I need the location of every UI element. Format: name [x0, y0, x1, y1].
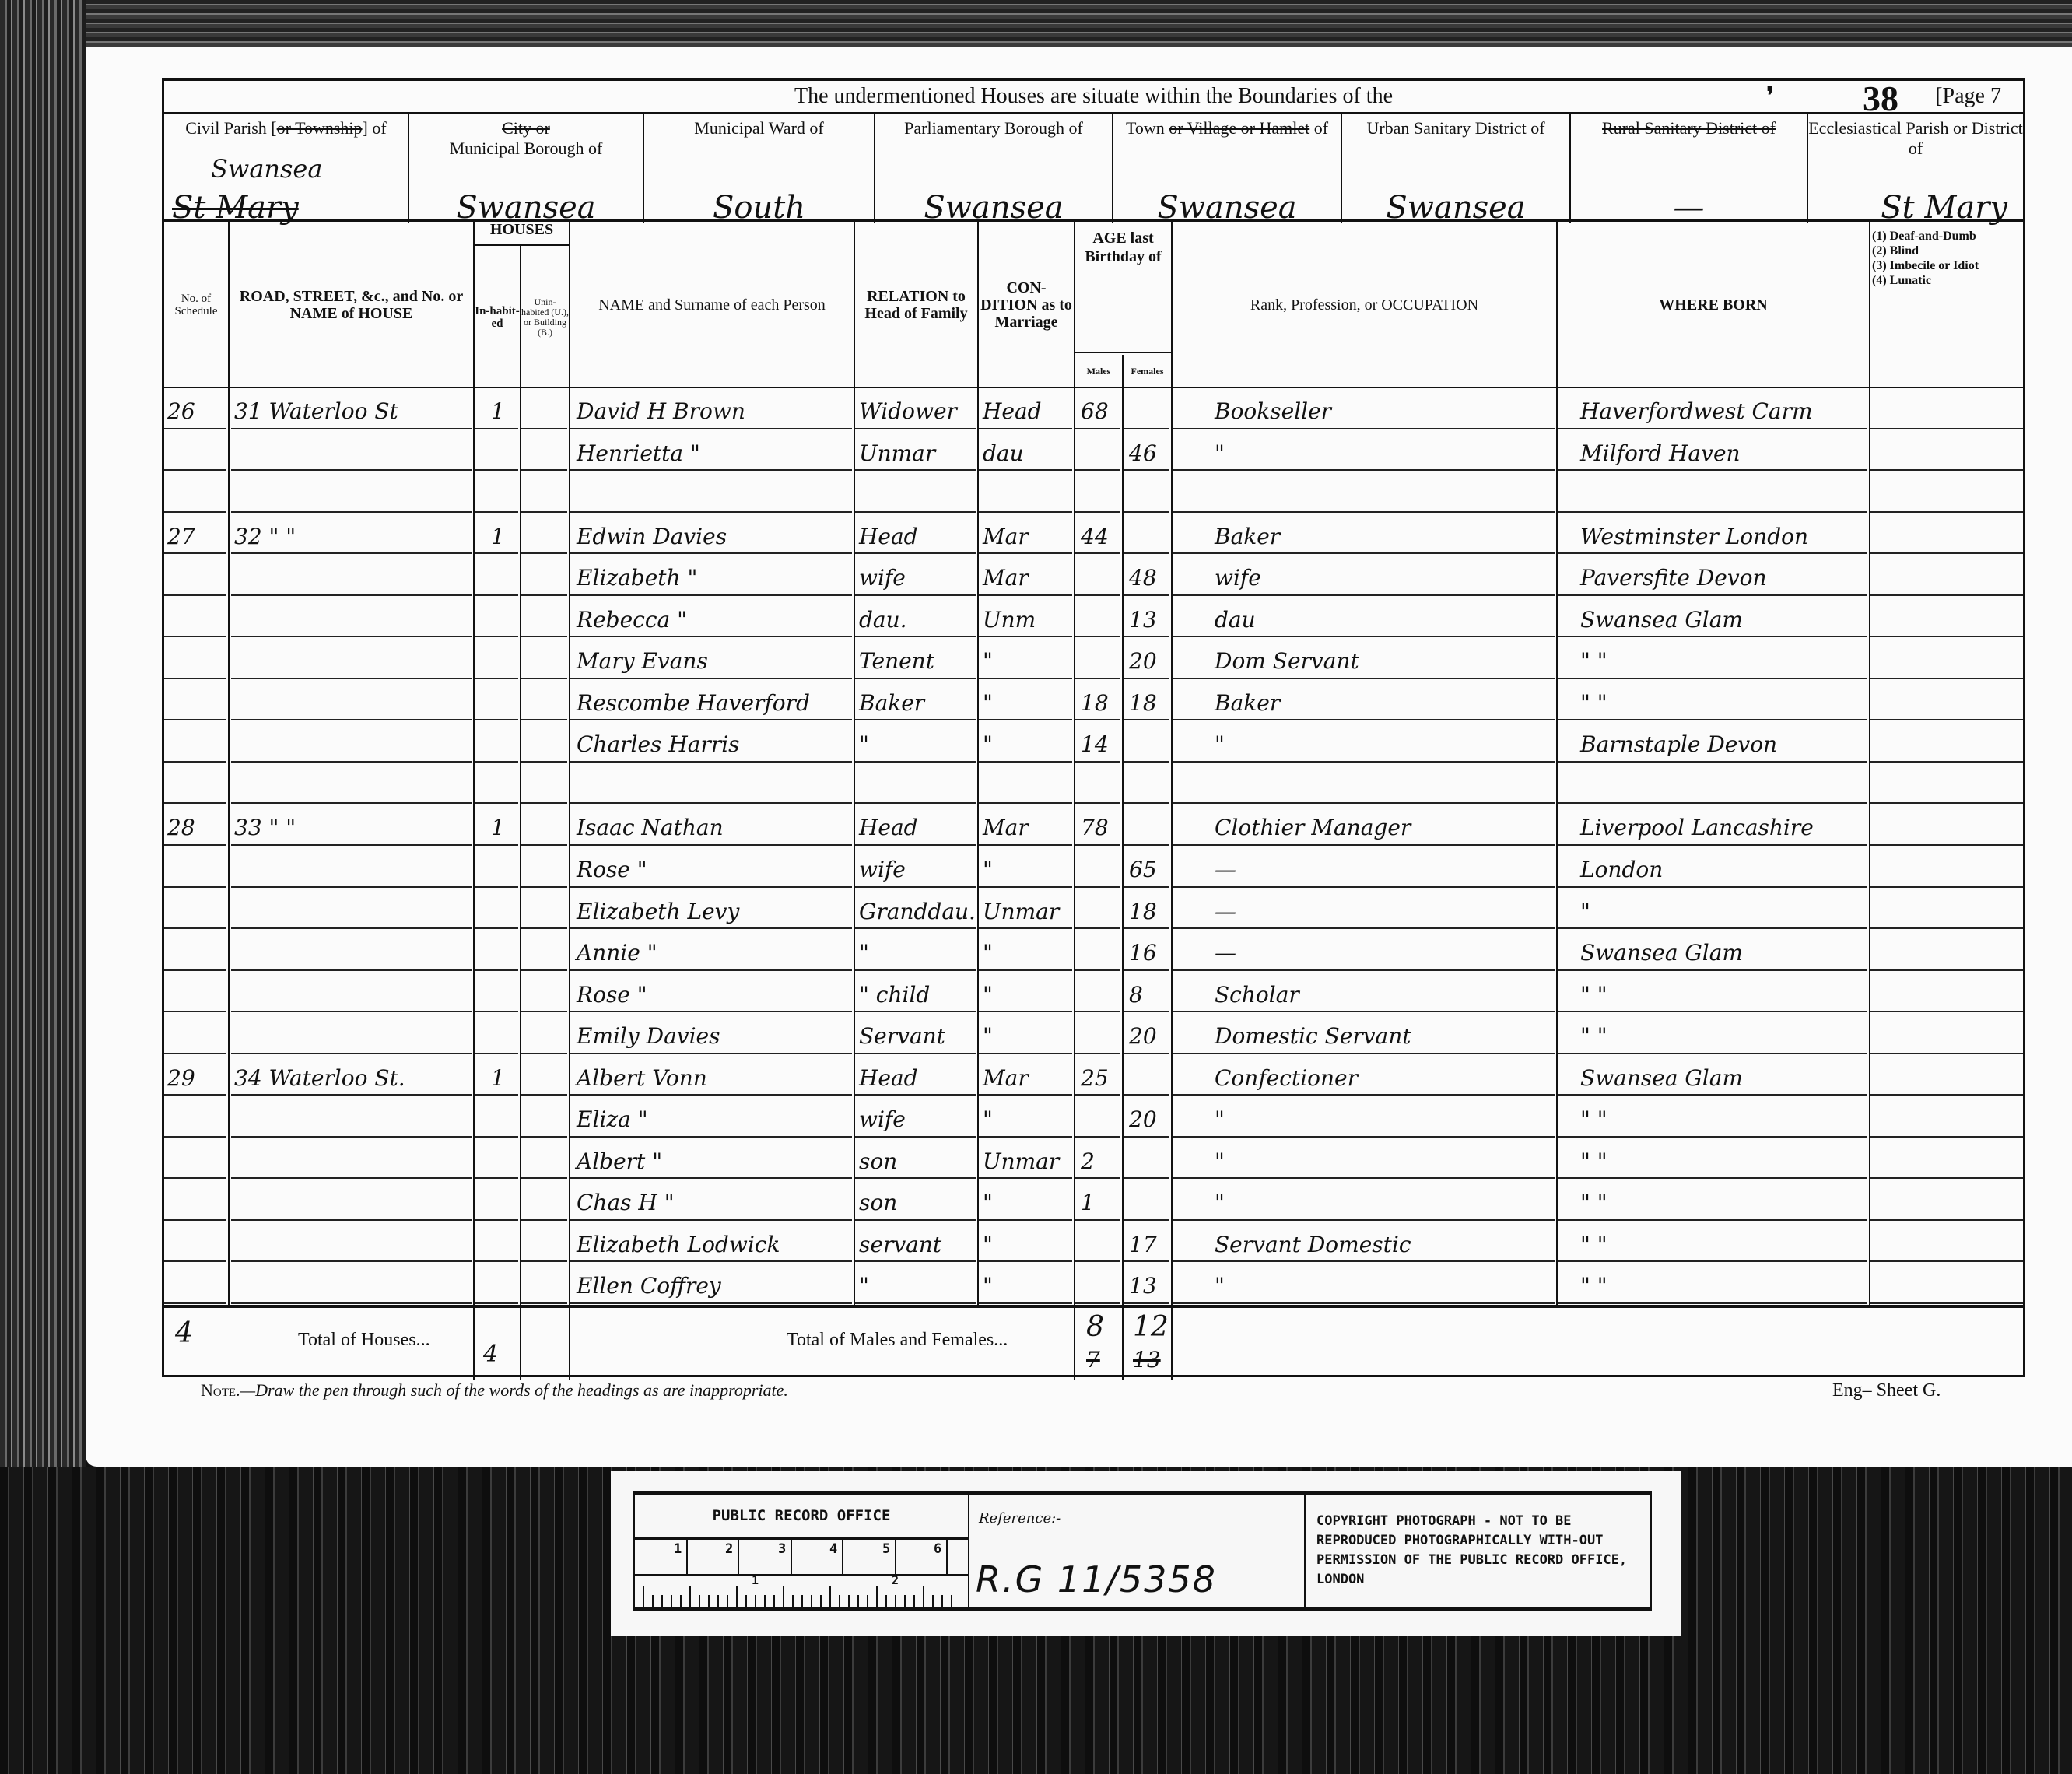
relation-cell: Head	[859, 1055, 918, 1094]
ruler-tick	[951, 1595, 952, 1609]
where-born-cell: Haverfordwest Carm	[1565, 388, 1813, 427]
occupation-cell	[1199, 472, 1215, 510]
female-age-cell: 46	[1129, 430, 1157, 469]
female-age-cell: 13	[1129, 1263, 1157, 1302]
name-cell: David H Brown	[577, 388, 745, 427]
condition-cell: Unmar	[983, 1138, 1059, 1177]
where-born-cell: Milford Haven	[1565, 430, 1741, 469]
condition-cell: Mar	[983, 1055, 1029, 1094]
ruler-tick	[671, 1595, 672, 1609]
name-cell: Henrietta "	[577, 430, 700, 469]
copyright-notice: COPYRIGHT PHOTOGRAPH - NOT TO BE REPRODU…	[1304, 1495, 1650, 1607]
col-header-inhabited: In-habit-ed	[475, 246, 520, 388]
where-born-cell	[1565, 472, 1580, 510]
ruler-tick	[661, 1595, 663, 1609]
relation-cell: wife	[859, 847, 906, 885]
name-cell: Albert "	[577, 1138, 662, 1177]
col-header-infirmity: (1) Deaf-and-Dumb (2) Blind (3) Imbecile…	[1872, 229, 2024, 288]
col-header-name: NAME and Surname of each Person	[570, 221, 854, 388]
ruler-tick	[829, 1586, 831, 1609]
col-header-age: AGE last Birthday of	[1075, 221, 1171, 353]
table-row: Eliza "wife"20"" "	[164, 1096, 2023, 1138]
ruler-tick	[857, 1595, 859, 1609]
ruler-tick	[904, 1595, 906, 1609]
page-number: [Page 7	[1935, 84, 2001, 109]
scan-background-top	[0, 0, 2072, 47]
name-cell: Elizabeth Lodwick	[577, 1222, 780, 1260]
ruler-tick	[689, 1586, 691, 1609]
table-row: 2833 " "1Isaac NathanHeadMar78Clothier M…	[164, 805, 2023, 847]
table-row: 2631 Waterloo St1David H BrownWidowerHea…	[164, 388, 2023, 430]
table-row: Ellen Coffrey""13"" "	[164, 1263, 2023, 1305]
ruler-tick	[773, 1595, 775, 1609]
relation-cell: "	[859, 930, 869, 969]
occupation-cell: Domestic Servant	[1199, 1013, 1411, 1052]
name-cell: Edwin Davies	[577, 514, 727, 552]
relation-cell: son	[859, 1180, 897, 1218]
table-row: Elizabeth LevyGranddau.Unmar18—"	[164, 889, 2023, 931]
where-born-cell: " "	[1565, 638, 1607, 677]
ruler-tick	[745, 1595, 747, 1609]
occupation-cell: Clothier Manager	[1199, 805, 1411, 843]
occupation-cell: dau	[1199, 597, 1256, 636]
place-urban-sanitary-district: Urban Sanitary District of Swansea	[1342, 114, 1569, 223]
where-born-cell: " "	[1565, 1222, 1607, 1260]
condition-cell: "	[983, 1180, 993, 1218]
relation-cell: dau.	[859, 597, 907, 636]
occupation-cell: Baker	[1199, 514, 1280, 552]
occupation-cell: Confectioner	[1199, 1055, 1358, 1094]
table-row: Rebecca "dau.Unm13dauSwansea Glam	[164, 597, 2023, 639]
table-row: Rose "wife"65—London	[164, 847, 2023, 889]
occupation-cell: "	[1199, 430, 1225, 469]
col-header-occupation: Rank, Profession, or OCCUPATION	[1173, 221, 1556, 388]
occupation-cell: —	[1199, 930, 1236, 969]
male-age-cell: 25	[1081, 1055, 1109, 1094]
condition-cell: "	[983, 1096, 993, 1135]
male-age-cell: 1	[1081, 1180, 1095, 1218]
col-header-condition: CON-DITION as to Marriage	[979, 221, 1074, 388]
ruler-tick	[708, 1595, 710, 1609]
ruler-centimetres: 1 2	[635, 1576, 968, 1609]
condition-cell: "	[983, 638, 993, 677]
ruler-tick	[811, 1595, 812, 1609]
col-header-females: Females	[1124, 355, 1171, 388]
occupation-cell: "	[1199, 1138, 1225, 1177]
boundaries-banner: The undermentioned Houses are situate wi…	[164, 81, 2023, 112]
tick-mark: ❜	[1766, 82, 1774, 110]
relation-cell: wife	[859, 1096, 906, 1135]
male-age-cell: 14	[1081, 721, 1109, 760]
male-age-cell: 18	[1081, 680, 1109, 719]
ruler-tick	[792, 1595, 794, 1609]
relation-cell: Servant	[859, 1013, 945, 1052]
male-age-cell: 68	[1081, 388, 1109, 427]
table-row: Elizabeth Lodwickservant"17Servant Domes…	[164, 1222, 2023, 1264]
name-cell: Rose "	[577, 972, 647, 1011]
place-value-struck: St Mary	[172, 198, 408, 218]
ruler-tick	[932, 1595, 934, 1609]
pro-reference-panel: Reference:- R.G 11/5358	[968, 1495, 1306, 1607]
table-row: Rescombe HaverfordBaker"1818Baker" "	[164, 680, 2023, 722]
place-parliamentary-borough: Parliamentary Borough of Swansea	[875, 114, 1112, 223]
ruler-tick	[876, 1586, 878, 1609]
total-houses-label: Total of Houses...	[298, 1330, 430, 1351]
where-born-cell: " "	[1565, 1263, 1607, 1302]
table-row: Annie """16—Swansea Glam	[164, 930, 2023, 972]
place-civil-parish: Civil Parish [or Township] of Swansea St…	[164, 114, 408, 223]
where-born-cell: Barnstaple Devon	[1565, 721, 1777, 760]
inhabited-cell: 1	[491, 1055, 505, 1094]
relation-cell: son	[859, 1138, 897, 1177]
census-form: The undermentioned Houses are situate wi…	[162, 78, 2025, 1377]
condition-cell: "	[983, 930, 993, 969]
place-ecclesiastical-parish: Ecclesiastical Parish or District of St …	[1808, 114, 2023, 223]
name-cell: Charles Harris	[577, 721, 740, 760]
female-age-cell: 17	[1129, 1222, 1157, 1260]
female-age-cell: 18	[1129, 680, 1157, 719]
schedules-tally: 4	[175, 1317, 193, 1349]
table-row: Chas H "son"1"" "	[164, 1180, 2023, 1222]
ruler-tick	[820, 1595, 822, 1609]
schedule-cell: 27	[167, 514, 195, 552]
where-born-cell: " "	[1565, 972, 1607, 1011]
place-municipal-borough: City orMunicipal Borough of Swansea	[409, 114, 643, 223]
relation-cell: "	[859, 1263, 869, 1302]
inhabited-cell: 1	[491, 388, 505, 427]
where-born-cell: Westminster London	[1565, 514, 1808, 552]
footer-note: Note.—Draw the pen through such of the w…	[201, 1380, 788, 1401]
table-row: Mary EvansTenent"20Dom Servant" "	[164, 638, 2023, 680]
table-row: 2732 " "1Edwin DaviesHeadMar44BakerWestm…	[164, 514, 2023, 556]
total-males-struck: 7	[1086, 1347, 1100, 1373]
name-cell: Rebecca "	[577, 597, 687, 636]
relation-cell: Head	[859, 514, 918, 552]
col-header-where-born: WHERE BORN	[1558, 221, 1869, 388]
road-cell: 34 Waterloo St.	[234, 1055, 405, 1094]
occupation-cell: "	[1199, 1180, 1225, 1218]
occupation-cell: Baker	[1199, 680, 1280, 719]
female-age-cell: 8	[1129, 972, 1143, 1011]
where-born-cell: Liverpool Lancashire	[1565, 805, 1814, 843]
road-cell: 31 Waterloo St	[234, 388, 398, 427]
condition-cell: "	[983, 1222, 993, 1260]
ruler-tick	[895, 1595, 896, 1609]
table-row: Charles Harris""14"Barnstaple Devon	[164, 721, 2023, 763]
table-row: Rose "" child"8Scholar" "	[164, 972, 2023, 1014]
occupation-cell: Servant Domestic	[1199, 1222, 1411, 1260]
name-cell: Ellen Coffrey	[577, 1263, 721, 1302]
name-cell: Emily Davies	[577, 1013, 720, 1052]
table-row: Albert "sonUnmar2"" "	[164, 1138, 2023, 1180]
road-cell: 32 " "	[234, 514, 296, 552]
schedule-cell: 28	[167, 805, 195, 843]
name-cell: Rose "	[577, 847, 647, 885]
occupation-cell: wife	[1199, 555, 1261, 594]
relation-cell: "	[859, 721, 869, 760]
where-born-cell: " "	[1565, 1096, 1607, 1135]
pro-title: PUBLIC RECORD OFFICE	[635, 1495, 968, 1537]
occupation-cell: Scholar	[1199, 972, 1299, 1011]
where-born-cell: Swansea Glam	[1565, 597, 1743, 636]
total-females-struck: 13	[1133, 1347, 1161, 1373]
ruler-tick	[885, 1595, 887, 1609]
where-born-cell: "	[1565, 889, 1590, 927]
place-municipal-ward: Municipal Ward of South	[644, 114, 874, 223]
table-row: 2934 Waterloo St.1Albert VonnHeadMar25Co…	[164, 1055, 2023, 1097]
form-code: Eng– Sheet G.	[1832, 1380, 1941, 1401]
name-cell: Eliza "	[577, 1096, 648, 1135]
female-age-cell: 48	[1129, 555, 1157, 594]
ruler-inches: 1 2 3 4 5 6	[635, 1537, 968, 1576]
schedule-cell: 26	[167, 388, 195, 427]
female-age-cell: 16	[1129, 930, 1157, 969]
ruler-tick	[643, 1586, 644, 1609]
condition-cell: "	[983, 1013, 993, 1052]
male-age-cell: 2	[1081, 1138, 1095, 1177]
ruler-tick	[848, 1595, 850, 1609]
inhabited-cell: 1	[491, 805, 505, 843]
pro-label: PUBLIC RECORD OFFICE 1 2 3 4 5 6 1 2	[611, 1471, 1681, 1636]
ruler-tick	[736, 1586, 738, 1609]
condition-cell: "	[983, 972, 993, 1011]
relation-cell: Granddau.	[859, 889, 976, 927]
female-age-cell: 20	[1129, 1096, 1157, 1135]
table-row: Elizabeth "wifeMar48wifePaversfite Devon	[164, 555, 2023, 597]
total-females: 12	[1133, 1311, 1169, 1343]
occupation-cell: —	[1199, 847, 1236, 885]
where-born-cell	[1565, 763, 1580, 802]
condition-cell: Head	[983, 388, 1042, 427]
condition-cell: Unmar	[983, 889, 1059, 927]
col-header-houses: HOUSES	[475, 221, 569, 246]
name-cell: Chas H "	[577, 1180, 675, 1218]
ruler-tick	[867, 1595, 868, 1609]
where-born-cell: " "	[1565, 680, 1607, 719]
female-age-cell: 18	[1129, 889, 1157, 927]
reference-label: Reference:-	[979, 1510, 1061, 1527]
condition-cell: "	[983, 847, 993, 885]
table-row: Emily DaviesServant"20Domestic Servant" …	[164, 1013, 2023, 1055]
occupation-cell: Bookseller	[1199, 388, 1331, 427]
relation-cell: Head	[859, 805, 918, 843]
relation-cell: wife	[859, 555, 906, 594]
name-cell: Albert Vonn	[577, 1055, 707, 1094]
table-row	[164, 763, 2023, 805]
condition-cell: Mar	[983, 555, 1029, 594]
relation-cell: Unmar	[859, 430, 935, 469]
ruler-tick	[717, 1595, 719, 1609]
name-cell: Elizabeth "	[577, 555, 697, 594]
name-cell: Annie "	[577, 930, 657, 969]
col-header-schedule: No. of Schedule	[164, 221, 228, 388]
where-born-cell: Swansea Glam	[1565, 930, 1743, 969]
place-rural-sanitary-district: Rural Sanitary District of —	[1571, 114, 1807, 223]
col-header-relation: RELATION to Head of Family	[855, 221, 977, 388]
occupation-cell: "	[1199, 1096, 1225, 1135]
female-age-cell: 20	[1129, 1013, 1157, 1052]
ruler-tick	[941, 1595, 943, 1609]
female-age-cell: 20	[1129, 638, 1157, 677]
condition-cell: "	[983, 680, 993, 719]
totals-row: 4 Total of Houses... 4 Total of Males an…	[164, 1305, 2023, 1380]
ruler-tick	[801, 1595, 803, 1609]
female-age-cell: 13	[1129, 597, 1157, 636]
ruler-tick	[764, 1595, 766, 1609]
relation-cell: " child	[859, 972, 930, 1011]
where-born-cell: " "	[1565, 1138, 1607, 1177]
road-cell: 33 " "	[234, 805, 296, 843]
where-born-cell: Paversfite Devon	[1565, 555, 1767, 594]
schedule-cell: 29	[167, 1055, 195, 1094]
occupation-cell	[1199, 763, 1215, 802]
col-header-uninhabited: Unin-habited (U.), or Building (B.)	[521, 246, 569, 388]
inhabited-cell: 1	[491, 514, 505, 552]
condition-cell: dau	[983, 430, 1024, 469]
female-age-cell: 65	[1129, 847, 1157, 885]
occupation-cell: —	[1199, 889, 1236, 927]
ruler-tick	[783, 1586, 784, 1609]
col-header-males: Males	[1075, 355, 1122, 388]
reference-value: R.G 11/5358	[976, 1558, 1217, 1600]
ruler-tick	[699, 1595, 700, 1609]
relation-cell: servant	[859, 1222, 941, 1260]
condition-cell: Mar	[983, 805, 1029, 843]
ruler-tick	[680, 1595, 682, 1609]
name-cell: Rescombe Haverford	[577, 680, 810, 719]
name-cell: Isaac Nathan	[577, 805, 724, 843]
place-town: Town or Village or Hamlet of Swansea	[1113, 114, 1341, 223]
condition-cell: Mar	[983, 514, 1029, 552]
occupation-cell: "	[1199, 721, 1225, 760]
name-cell: Elizabeth Levy	[577, 889, 739, 927]
table-row	[164, 472, 2023, 514]
table-row: Henrietta "Unmardau46"Milford Haven	[164, 430, 2023, 472]
condition-cell: Unm	[983, 597, 1036, 636]
pro-ruler-panel: PUBLIC RECORD OFFICE 1 2 3 4 5 6 1 2	[635, 1495, 969, 1607]
total-persons-label: Total of Males and Females...	[787, 1330, 1008, 1351]
ruler-tick	[727, 1595, 728, 1609]
occupation-cell: Dom Servant	[1199, 638, 1359, 677]
condition-cell: "	[983, 721, 993, 760]
relation-cell: Tenent	[859, 638, 934, 677]
relation-cell: Baker	[859, 680, 924, 719]
ruler-tick	[913, 1595, 915, 1609]
male-age-cell: 78	[1081, 805, 1109, 843]
where-born-cell: " "	[1565, 1013, 1607, 1052]
where-born-cell: Swansea Glam	[1565, 1055, 1743, 1094]
total-males: 8	[1086, 1311, 1104, 1343]
place-value-correction: Swansea	[211, 159, 322, 179]
where-born-cell: " "	[1565, 1180, 1607, 1218]
relation-cell: Widower	[859, 388, 957, 427]
occupation-cell: "	[1199, 1263, 1225, 1302]
condition-cell: "	[983, 1263, 993, 1302]
ruler-tick	[755, 1595, 756, 1609]
ruler-tick	[839, 1595, 840, 1609]
ruler-tick	[652, 1595, 654, 1609]
name-cell: Mary Evans	[577, 638, 708, 677]
male-age-cell: 44	[1081, 514, 1109, 552]
col-header-road: ROAD, STREET, &c., and No. or NAME of HO…	[230, 221, 473, 388]
where-born-cell: London	[1565, 847, 1663, 885]
ruler-tick	[923, 1586, 924, 1609]
total-houses-inhabited: 4	[483, 1341, 498, 1368]
